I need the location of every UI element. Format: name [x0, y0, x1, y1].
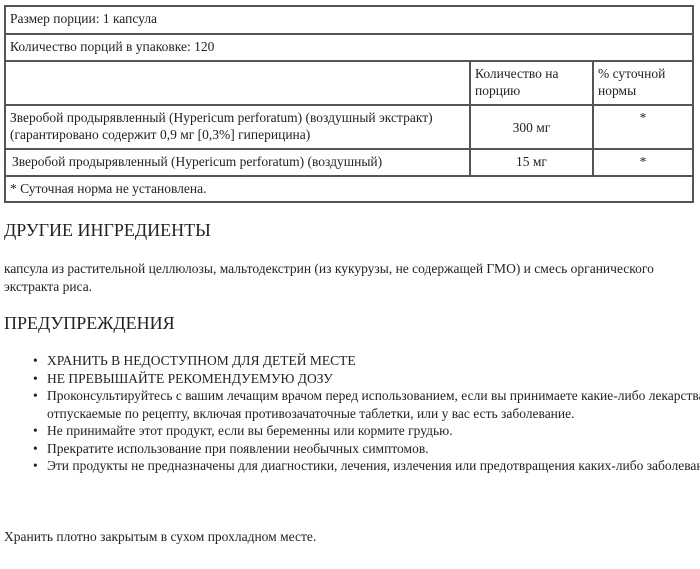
- warning-text: Не принимайте этот продукт, если вы бере…: [47, 423, 453, 438]
- footnote: * Суточная норма не установлена.: [5, 176, 693, 202]
- bullet-icon: •: [33, 457, 38, 475]
- list-item: •Проконсультируйтесь с вашим лечащим вра…: [47, 387, 700, 422]
- warning-text: Прекратите использование при появлении н…: [47, 441, 429, 456]
- other-ingredients-heading: ДРУГИЕ ИНГРЕДИЕНТЫ: [4, 220, 211, 241]
- warnings-heading: ПРЕДУПРЕЖДЕНИЯ: [4, 313, 175, 334]
- footnote-row: * Суточная норма не установлена.: [5, 176, 693, 202]
- bullet-icon: •: [33, 387, 38, 405]
- table-row: Зверобой продырявленный (Hypericum perfo…: [5, 105, 693, 149]
- servings-per-container: Количество порций в упаковке: 120: [5, 34, 693, 61]
- list-item: •ХРАНИТЬ В НЕДОСТУПНОМ ДЛЯ ДЕТЕЙ МЕСТЕ: [47, 352, 700, 370]
- list-item: •Не принимайте этот продукт, если вы бер…: [47, 422, 700, 440]
- other-ingredients-text: капсула из растительной целлюлозы, мальт…: [4, 260, 684, 296]
- bullet-icon: •: [33, 352, 38, 370]
- warning-text: НЕ ПРЕВЫШАЙТЕ РЕКОМЕНДУЕМУЮ ДОЗУ: [47, 371, 333, 386]
- bullet-icon: •: [33, 370, 38, 388]
- warning-text: Эти продукты не предназначены для диагно…: [47, 458, 700, 473]
- ingredient-daily-value: *: [593, 105, 693, 149]
- table-row: Зверобой продырявленный (Hypericum perfo…: [5, 149, 693, 176]
- ingredient-amount: 15 мг: [470, 149, 593, 176]
- header-name: [5, 61, 470, 105]
- list-item: •Эти продукты не предназначены для диагн…: [47, 457, 700, 475]
- ingredient-amount: 300 мг: [470, 105, 593, 149]
- serving-size: Размер порции: 1 капсула: [5, 6, 693, 34]
- table-header-row: Количество на порцию % суточной нормы: [5, 61, 693, 105]
- servings-per-container-row: Количество порций в упаковке: 120: [5, 34, 693, 61]
- header-amount: Количество на порцию: [470, 61, 593, 105]
- bullet-icon: •: [33, 422, 38, 440]
- list-item: •НЕ ПРЕВЫШАЙТЕ РЕКОМЕНДУЕМУЮ ДОЗУ: [47, 370, 700, 388]
- warnings-list: •ХРАНИТЬ В НЕДОСТУПНОМ ДЛЯ ДЕТЕЙ МЕСТЕ •…: [0, 352, 700, 475]
- list-item: •Прекратите использование при появлении …: [47, 440, 700, 458]
- ingredient-daily-value: *: [593, 149, 693, 176]
- ingredient-name: Зверобой продырявленный (Hypericum perfo…: [5, 149, 470, 176]
- serving-size-row: Размер порции: 1 капсула: [5, 6, 693, 34]
- storage-instructions: Хранить плотно закрытым в сухом прохладн…: [4, 528, 316, 546]
- bullet-icon: •: [33, 440, 38, 458]
- supplement-facts-table: Размер порции: 1 капсула Количество порц…: [4, 5, 694, 203]
- ingredient-name: Зверобой продырявленный (Hypericum perfo…: [5, 105, 470, 149]
- header-daily-value: % суточной нормы: [593, 61, 693, 105]
- warning-text: Проконсультируйтесь с вашим лечащим врач…: [47, 388, 700, 421]
- warning-text: ХРАНИТЬ В НЕДОСТУПНОМ ДЛЯ ДЕТЕЙ МЕСТЕ: [47, 353, 356, 368]
